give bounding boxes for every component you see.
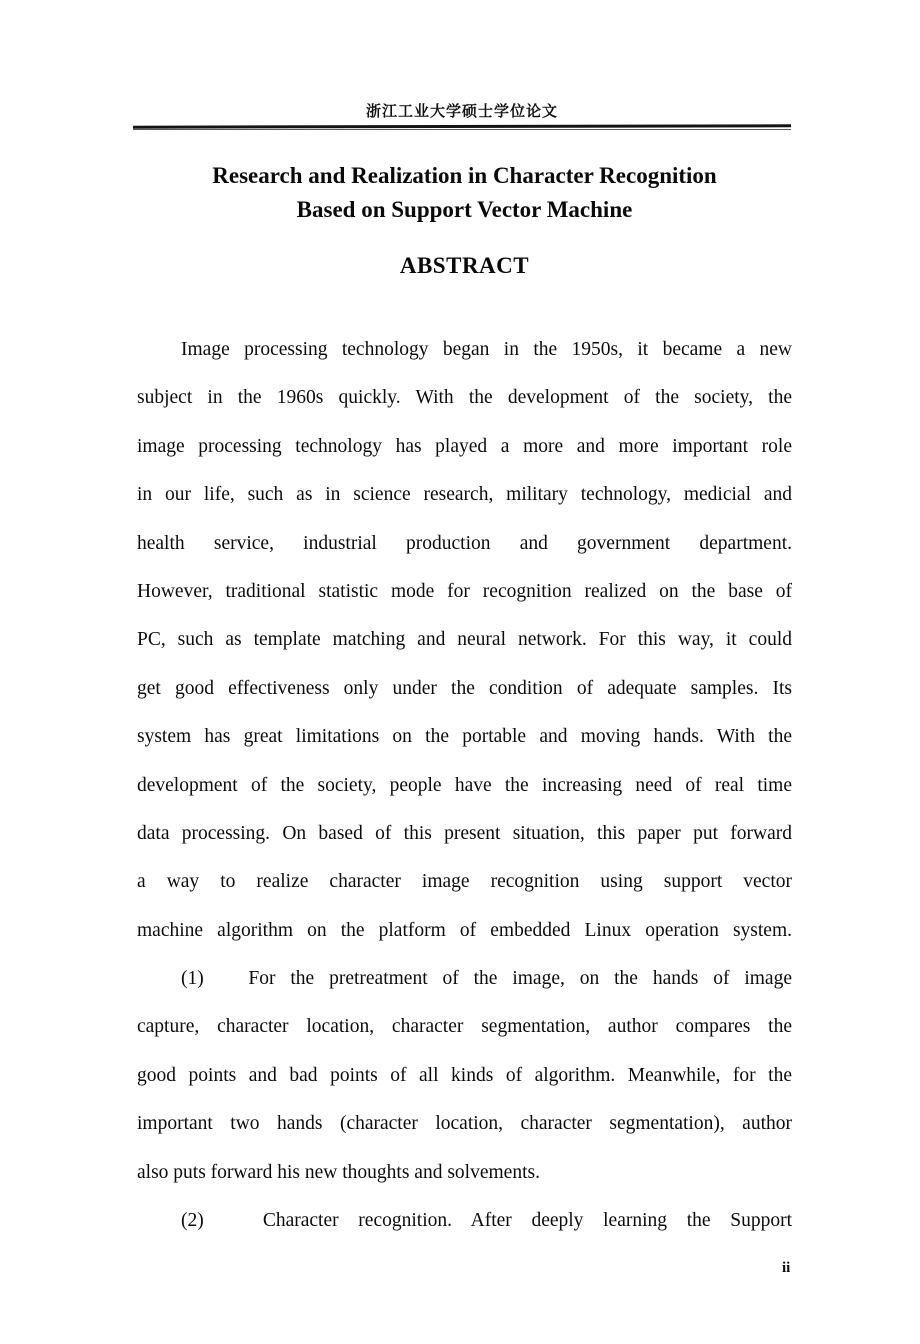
header-rule — [133, 125, 791, 130]
document-page: 浙江工业大学硕士学位论文 Research and Realization in… — [0, 0, 920, 1344]
body-line: in our life, such as in science research… — [137, 471, 792, 519]
body-line: a way to realize character image recogni… — [137, 858, 792, 906]
document-title-line-2: Based on Support Vector Machine — [137, 193, 792, 227]
body-line: PC, such as template matching and neural… — [137, 616, 792, 664]
body-line: development of the society, people have … — [137, 762, 792, 810]
document-title-line-1: Research and Realization in Character Re… — [137, 159, 792, 193]
body-line: Image processing technology began in the… — [137, 326, 792, 374]
body-line: also puts forward his new thoughts and s… — [137, 1149, 792, 1197]
header-rule-thin-line — [133, 129, 791, 130]
body-line: system has great limitations on the port… — [137, 713, 792, 761]
body-line: image processing technology has played a… — [137, 423, 792, 471]
document-title: Research and Realization in Character Re… — [137, 159, 792, 227]
body-line: good points and bad points of all kinds … — [137, 1052, 792, 1100]
body-line: subject in the 1960s quickly. With the d… — [137, 374, 792, 422]
page-number: ii — [782, 1260, 790, 1277]
body-line: capture, character location, character s… — [137, 1003, 792, 1051]
header-title: 浙江工业大学硕士学位论文 — [133, 103, 791, 121]
body-line: machine algorithm on the platform of emb… — [137, 907, 792, 955]
body-paragraphs: Image processing technology began in the… — [137, 326, 792, 1245]
body-line: However, traditional statistic mode for … — [137, 568, 792, 616]
body-line: health service, industrial production an… — [137, 520, 792, 568]
body-line: data processing. On based of this presen… — [137, 810, 792, 858]
body-line: (2) Character recognition. After deeply … — [137, 1197, 792, 1245]
body-line: get good effectiveness only under the co… — [137, 665, 792, 713]
body-line: important two hands (character location,… — [137, 1100, 792, 1148]
abstract-heading: ABSTRACT — [137, 253, 792, 279]
body-line: (1) For the pretreatment of the image, o… — [137, 955, 792, 1003]
running-header: 浙江工业大学硕士学位论文 — [133, 103, 791, 130]
